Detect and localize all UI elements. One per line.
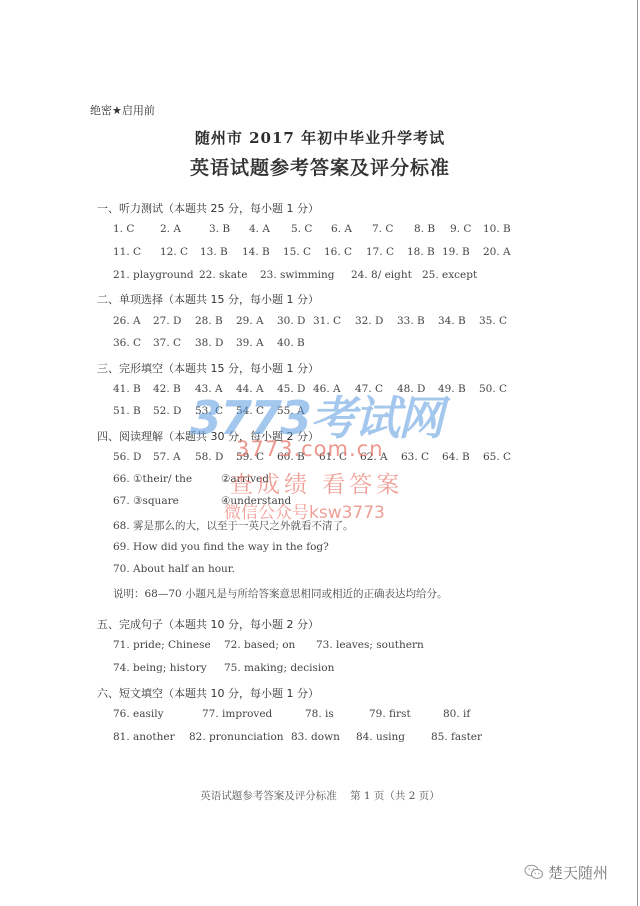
answer-item: 33. B <box>397 315 425 327</box>
answer-item: 28. B <box>195 315 223 327</box>
answer-item: 38. D <box>195 337 223 349</box>
answer-item: 80. if <box>443 708 470 720</box>
watermark-slogan: 查成绩 看答案 <box>230 466 403 499</box>
answer-item: 22. skate <box>199 269 247 281</box>
answer-line-69: 69. How did you find the way in the fog? <box>113 541 329 553</box>
answer-item: 8. B <box>414 223 435 235</box>
grading-note: 说明：68—70 小题凡是与所给答案意思相同或相近的正确表达均给分。 <box>113 586 448 601</box>
answer-item: 19. B <box>442 246 470 258</box>
answer-item: 71. pride; Chinese <box>113 639 211 651</box>
answer-item: 23. swimming <box>260 269 335 281</box>
answer-item: 42. B <box>153 383 181 395</box>
answer-item: 50. C <box>479 383 507 395</box>
answer-item: 11. C <box>113 246 141 258</box>
answer-item: 66. ①their/ the <box>113 473 192 485</box>
answer-item: 4. A <box>249 223 270 235</box>
answer-item: 67. ③square <box>113 495 179 507</box>
answer-item: 10. B <box>483 223 511 235</box>
answer-item: 24. 8/ eight <box>351 269 412 281</box>
answer-item: 57. A <box>153 451 181 463</box>
answer-item: 56. D <box>113 451 141 463</box>
answer-item: 20. A <box>483 246 511 258</box>
answer-item: 77. improved <box>202 708 272 720</box>
answer-item: 17. C <box>366 246 394 258</box>
answer-item: 83. down <box>291 731 340 743</box>
answer-item: 1. C <box>113 223 134 235</box>
answer-item: 5. C <box>291 223 312 235</box>
answer-item: 27. D <box>153 315 181 327</box>
answer-item: 65. C <box>483 451 511 463</box>
confidential-label: 绝密★启用前 <box>90 102 155 118</box>
answer-item: 85. faster <box>431 731 482 743</box>
answer-item: 52. D <box>153 405 181 417</box>
watermark-url: 3773.com.cn <box>236 437 384 461</box>
answer-item: 26. A <box>113 315 141 327</box>
answer-item: 75. making; decision <box>224 662 334 674</box>
answer-item: 2. A <box>160 223 181 235</box>
answer-item: 30. D <box>277 315 305 327</box>
answer-item: 72. based; on <box>224 639 295 651</box>
section-heading-listening: 一、听力测试（本题共 25 分，每小题 1 分） <box>97 200 319 216</box>
answer-item: 73. leaves; southern <box>316 639 424 651</box>
wechat-icon <box>524 864 544 880</box>
document-title: 英语试题参考答案及评分标准 <box>0 153 640 180</box>
answer-item: 35. C <box>479 315 507 327</box>
answer-item: 7. C <box>372 223 393 235</box>
answer-item: 79. first <box>369 708 411 720</box>
account-name: 楚天随州 <box>548 862 608 883</box>
answer-item: 16. C <box>324 246 352 258</box>
answer-item: 36. C <box>113 337 141 349</box>
answer-item: 13. B <box>200 246 228 258</box>
answer-item: 41. B <box>113 383 141 395</box>
answer-item: 34. B <box>438 315 466 327</box>
answer-item: 3. B <box>209 223 230 235</box>
page-footer: 英语试题参考答案及评分标准 第 1 页（共 2 页） <box>0 788 640 803</box>
answer-item: 12. C <box>160 246 188 258</box>
exam-title: 随州市 2017 年初中毕业升学考试 <box>0 127 640 148</box>
answer-item: 76. easily <box>113 708 164 720</box>
answer-item: 64. B <box>442 451 470 463</box>
answer-item: 37. C <box>153 337 181 349</box>
answer-item: 74. being; history <box>113 662 207 674</box>
answer-item: 25. except <box>422 269 477 281</box>
answer-item: 14. B <box>242 246 270 258</box>
answer-item: 9. C <box>450 223 471 235</box>
answer-item: 82. pronunciation <box>189 731 284 743</box>
answer-item: 84. using <box>356 731 405 743</box>
section-heading-single-choice: 二、单项选择（本题共 15 分，每小题 1 分） <box>97 291 319 307</box>
answer-item: 31. C <box>313 315 341 327</box>
answer-item: 81. another <box>113 731 175 743</box>
answer-item: 78. is <box>305 708 334 720</box>
answer-item: 15. C <box>283 246 311 258</box>
answer-item: 58. D <box>195 451 223 463</box>
answer-item: 51. B <box>113 405 141 417</box>
answer-item: 39. A <box>236 337 264 349</box>
section-heading-passage-fill: 六、短文填空（本题共 10 分，每小题 1 分） <box>97 685 319 701</box>
answer-item: 21. playground <box>113 269 194 281</box>
answer-line-70: 70. About half an hour. <box>113 563 235 575</box>
answer-item: 32. D <box>355 315 383 327</box>
watermark-wechat: 微信公众号ksw3773 <box>224 498 385 523</box>
section-heading-sentence-completion: 五、完成句子（本题共 10 分，每小题 2 分） <box>97 616 319 632</box>
answer-item: 49. B <box>438 383 466 395</box>
answer-item: 63. C <box>401 451 429 463</box>
answer-item: 29. A <box>236 315 264 327</box>
answer-item: 40. B <box>277 337 305 349</box>
answer-item: 18. B <box>407 246 435 258</box>
section-heading-cloze: 三、完形填空（本题共 15 分，每小题 1 分） <box>97 360 319 376</box>
answer-item: 6. A <box>331 223 352 235</box>
